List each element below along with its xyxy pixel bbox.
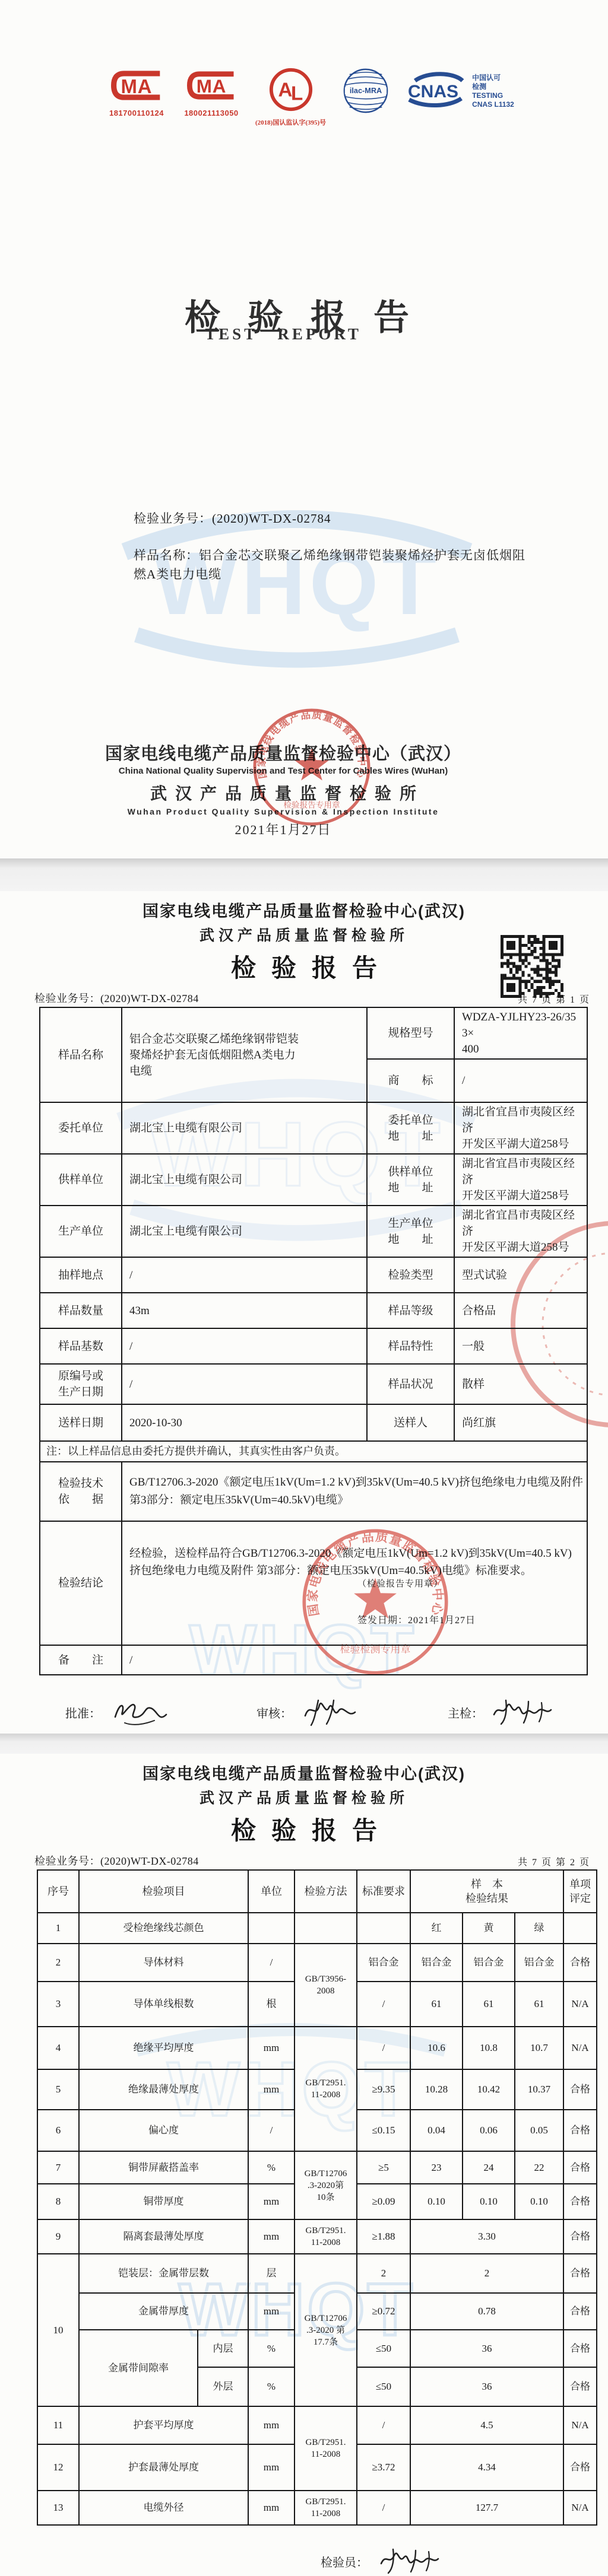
unit-cell: % [248, 2330, 294, 2367]
seq-cell: 4 [37, 2027, 79, 2069]
qr-code [501, 935, 563, 998]
sample-info-table: 样品名称 铝合金芯交联聚乙烯绝缘钢带铠装 聚烯烃护套无卤低烟阻燃A类电力 电缆 … [39, 1007, 588, 1675]
signature-row: 批准： 审核： 主检： [65, 1697, 555, 1728]
inspector-sign: 检验员： [321, 2546, 608, 2576]
unit-cell: mm [248, 2293, 294, 2330]
row-label: 原编号或 生产日期 [40, 1364, 122, 1404]
row-label: 样品特性 [367, 1328, 454, 1364]
method-cell: GB/T2951. 11-2008 [294, 2219, 357, 2254]
sample-name-line: 样品名称：铝合金芯交联聚乙烯绝缘钢带铠装聚烯烃护套无卤低烟阻燃A类电力电缆 [134, 546, 530, 584]
official-round-stamp: 国家电线电缆产品质量监督检验中心（武汉） 检验报告专用章 [252, 707, 372, 827]
req-cell: / [357, 2406, 410, 2444]
row-label: 样品数量 [40, 1293, 122, 1328]
certification-logos: MA 181700110124 MA 180021113050 AL (2018… [106, 66, 533, 127]
verdict-cell: N/A [563, 1982, 597, 2027]
row-label: 样品状况 [367, 1364, 454, 1404]
req-cell: ≥0.72 [357, 2293, 410, 2330]
manufacturer-cell: 湖北宝上电缆有限公司 [122, 1206, 367, 1257]
review-sign: 审核： [256, 1697, 363, 1728]
inspector-signature [376, 2546, 442, 2576]
sample-grade-cell: 合格品 [454, 1293, 587, 1328]
test-results-table: 序号 检验项目 单位 检验方法 标准要求 样 本 检验结果 单项 评定 1受检绝… [37, 1869, 597, 2526]
req-cell: ≤50 [357, 2330, 410, 2367]
sample-condition-cell: 散样 [454, 1364, 587, 1404]
req-cell: / [357, 2027, 410, 2069]
method-cell: GB/T2951. 11-2008 [294, 2027, 357, 2151]
unit-cell: mm [248, 2444, 294, 2491]
business-number-row: 检验业务号：(2020)WT-DX-02784 共 7 页 第 1 页 [34, 990, 608, 1004]
sender-cell: 尚红旗 [454, 1404, 587, 1441]
item-cell: 绝缘平均厚度 [79, 2027, 248, 2069]
scanned-test-report: MA 181700110124 MA 180021113050 AL (2018… [0, 0, 608, 2576]
unit-cell: % [248, 2151, 294, 2184]
verdict-cell: 合格 [563, 1944, 597, 1982]
business-number-label: 检验业务号： [34, 993, 100, 1004]
req-cell: ≥1.88 [357, 2219, 410, 2254]
page-1-cover: MA 181700110124 MA 180021113050 AL (2018… [0, 0, 608, 858]
unit-cell: / [248, 1944, 294, 1982]
item-cell: 护套平均厚度 [79, 2406, 248, 2444]
seq-cell: 12 [37, 2444, 79, 2491]
spec-model-cell: WDZA-YJLHY23-26/35 3× 400 [454, 1007, 587, 1059]
cma-icon: MA [183, 66, 240, 107]
method-cell: GB/T3956- 2008 [294, 1944, 357, 2027]
result-cell: 0.78 [410, 2293, 563, 2330]
unit-cell: mm [248, 2406, 294, 2444]
column-header: 序号 [37, 1870, 79, 1913]
item-cell: 金属带间隙率 [79, 2330, 198, 2406]
req-cell: 铝合金 [357, 1944, 410, 1982]
report-title: 检验报告 [0, 1811, 608, 1847]
column-header: 样 本 检验结果 [410, 1870, 563, 1913]
business-number-label: 检验业务号： [34, 1855, 100, 1867]
send-date-cell: 2020-10-30 [122, 1404, 367, 1441]
note-row: 注：以上样品信息由委托方提供并确认，其真实性由客户负责。 [40, 1441, 587, 1462]
cnas-caption-line: CNAS L1132 [472, 100, 514, 109]
supplier-cell: 湖北宝上电缆有限公司 [122, 1154, 367, 1206]
item-sub-cell: 外层 [198, 2367, 248, 2406]
seq-cell: 10 [37, 2254, 79, 2406]
item-cell: 铠装层：金属带层数 [79, 2254, 248, 2293]
row-label: 检验技术 依 据 [40, 1462, 122, 1521]
row-label: 生产单位 地 址 [367, 1206, 454, 1257]
result-cell: 127.7 [410, 2491, 563, 2525]
item-cell: 电缆外径 [79, 2491, 248, 2525]
seq-cell: 9 [37, 2219, 79, 2254]
result-cell: 10.8 [463, 2027, 515, 2069]
cma-icon: MA [106, 66, 167, 107]
verdict-cell: 合格 [563, 2151, 597, 2184]
result-row: 1受检绝缘线芯颜色红黄绿 [37, 1913, 597, 1944]
page-number: 共 7 页 第 2 页 [518, 1855, 590, 1868]
row-label: 检验结论 [40, 1521, 122, 1645]
seq-cell: 3 [37, 1982, 79, 2027]
result-row: 13电缆外径mmGB/T2951. 11-2008/127.7N/A [37, 2491, 597, 2525]
original-number-cell: / [122, 1364, 367, 1404]
approve-signature [107, 1697, 172, 1728]
result-cell: 红 [410, 1913, 463, 1944]
result-cell: 铝合金 [463, 1944, 515, 1982]
row-label: 送样人 [367, 1404, 454, 1441]
business-number-value: (2020)WT-DX-02784 [212, 511, 331, 526]
consigner-address-cell: 湖北省宜昌市夷陵区经济 开发区平湖大道258号 [454, 1102, 587, 1154]
row-label: 商 标 [367, 1059, 454, 1102]
item-cell: 金属带厚度 [79, 2293, 248, 2330]
unit-cell: 根 [248, 1982, 294, 2027]
row-label: 抽样地点 [40, 1257, 122, 1293]
column-header: 单位 [248, 1870, 294, 1913]
column-header: 标准要求 [357, 1870, 410, 1913]
result-cell: 10.28 [410, 2069, 463, 2110]
result-cell: 36 [410, 2330, 563, 2367]
page-2-summary: WHQT WHQT 国家电线电缆产品质量监督检验中心(武汉) 武汉产品质量监督检… [0, 891, 608, 1734]
seq-cell: 5 [37, 2069, 79, 2110]
business-number-value: (2020)WT-DX-02784 [100, 993, 199, 1004]
cma2-number: 180021113050 [184, 109, 238, 117]
item-cell: 绝缘最薄处厚度 [79, 2069, 248, 2110]
sample-name-cell: 铝合金芯交联聚乙烯绝缘钢带铠装 聚烯烃护套无卤低烟阻燃A类电力 电缆 [122, 1007, 367, 1102]
cma-logo-1: MA 181700110124 [106, 66, 167, 117]
chief-sign: 主检： [448, 1697, 555, 1728]
unit-cell: mm [248, 2219, 294, 2254]
verdict-cell: 合格 [563, 2293, 597, 2330]
req-cell: / [357, 1982, 410, 2027]
unit-cell: % [248, 2367, 294, 2406]
item-cell: 隔离套最薄处厚度 [79, 2219, 248, 2254]
page-separator [0, 1734, 608, 1754]
row-label: 样品等级 [367, 1293, 454, 1328]
verdict-cell [563, 1913, 597, 1944]
result-cell: 10.42 [463, 2069, 515, 2110]
sampling-place-cell: / [122, 1257, 367, 1293]
cnas-caption: 中国认可 检测 TESTING CNAS L1132 [472, 74, 514, 109]
seq-cell: 8 [37, 2184, 79, 2219]
org-header-line1: 国家电线电缆产品质量监督检验中心(武汉) [0, 1754, 608, 1784]
row-label: 供样单位 [40, 1154, 122, 1206]
business-number-label: 检验业务号： [134, 511, 212, 526]
unit-cell: 层 [248, 2254, 294, 2293]
chief-signature [489, 1697, 555, 1728]
row-label: 委托单位 [40, 1102, 122, 1154]
result-cell: 0.10 [410, 2184, 463, 2219]
column-header: 单项 评定 [563, 1870, 597, 1913]
item-cell: 护套最薄处厚度 [79, 2444, 248, 2491]
verdict-cell: N/A [563, 2027, 597, 2069]
result-cell: 铝合金 [410, 1944, 463, 1982]
result-cell: 黄 [463, 1913, 515, 1944]
result-cell: 36 [410, 2367, 563, 2406]
result-row: 11护套平均厚度mmGB/T2951. 11-2008/4.5N/A [37, 2406, 597, 2444]
result-row: 9隔离套最薄处厚度mmGB/T2951. 11-2008≥1.883.30合格 [37, 2219, 597, 2254]
seq-cell: 7 [37, 2151, 79, 2184]
svg-text:检验检测专用章: 检验检测专用章 [340, 1643, 411, 1655]
cnas-caption-line: TESTING [472, 91, 503, 100]
seq-cell: 2 [37, 1944, 79, 1982]
item-cell: 偏心度 [79, 2110, 248, 2151]
sample-base-cell: / [122, 1328, 367, 1364]
svg-text:检验报告专用章: 检验报告专用章 [283, 800, 340, 810]
req-cell: / [357, 2491, 410, 2525]
svg-text:A: A [278, 79, 292, 101]
method-cell: GB/T12706 .3-2020第 10条 [294, 2151, 357, 2219]
review-label: 审核： [256, 1704, 292, 1721]
req-cell: ≤0.15 [357, 2110, 410, 2151]
unit-cell [248, 1913, 294, 1944]
result-cell: 24 [463, 2151, 515, 2184]
row-label: 生产单位 [40, 1206, 122, 1257]
svg-text:ilac-MRA: ilac-MRA [350, 87, 382, 95]
business-number-line: 检验业务号：(2020)WT-DX-02784 [134, 509, 331, 527]
seq-cell: 11 [37, 2406, 79, 2444]
result-row: 4绝缘平均厚度mmGB/T2951. 11-2008/10.610.810.7N… [37, 2027, 597, 2069]
unit-cell: mm [248, 2027, 294, 2069]
row-label: 检验类型 [367, 1257, 454, 1293]
req-cell: ≥5 [357, 2151, 410, 2184]
method-cell [294, 1913, 357, 1944]
row-label: 样品基数 [40, 1328, 122, 1364]
req-cell: 2 [357, 2254, 410, 2293]
consigner-cell: 湖北宝上电缆有限公司 [122, 1102, 367, 1154]
row-label: 供样单位 地 址 [367, 1154, 454, 1206]
column-header: 检验方法 [294, 1870, 357, 1913]
item-cell: 铜带厚度 [79, 2184, 248, 2219]
cnas-icon: CNAS [406, 71, 467, 111]
business-number-row: 检验业务号：(2020)WT-DX-02784 共 7 页 第 2 页 [34, 1853, 608, 1867]
sample-property-cell: 一般 [454, 1328, 587, 1364]
chief-label: 主检： [448, 1704, 483, 1721]
result-cell: 0.05 [515, 2110, 563, 2151]
result-cell: 3.30 [410, 2219, 563, 2254]
item-cell: 铜带屏蔽搭盖率 [79, 2151, 248, 2184]
seq-cell: 6 [37, 2110, 79, 2151]
page-separator [0, 858, 608, 891]
req-cell: ≤50 [357, 2367, 410, 2406]
method-cell: GB/T2951. 11-2008 [294, 2406, 357, 2491]
result-cell: 0.10 [463, 2184, 515, 2219]
cma1-number: 181700110124 [109, 109, 164, 117]
page-number: 共 7 页 第 1 页 [518, 992, 590, 1006]
report-title-en: TEST REPORT [0, 325, 566, 344]
svg-text:MA: MA [197, 76, 227, 97]
result-cell: 61 [515, 1982, 563, 2027]
cnas-logo: CNAS 中国认可 检测 TESTING CNAS L1132 [406, 71, 514, 111]
inspector-label: 检验员： [321, 2553, 368, 2570]
approve-sign: 批准： [65, 1697, 172, 1728]
verdict-cell: N/A [563, 2491, 597, 2525]
verdict-cell: 合格 [563, 2069, 597, 2110]
page-3-results: WHQT WHQT 国家电线电缆产品质量监督检验中心(武汉) 武汉产品质量监督检… [0, 1754, 608, 2576]
result-cell: 61 [410, 1982, 463, 2027]
result-cell: 10.7 [515, 2027, 563, 2069]
result-cell: 绿 [515, 1913, 563, 1944]
method-cell: GB/T12706 .3-2020 第 17.7条 [294, 2254, 357, 2406]
item-cell: 受检绝缘线芯颜色 [79, 1913, 248, 1944]
result-cell: 4.5 [410, 2406, 563, 2444]
test-type-cell: 型式试验 [454, 1257, 587, 1293]
svg-text:L: L [291, 83, 303, 105]
result-cell: 0.04 [410, 2110, 463, 2151]
result-cell: 61 [463, 1982, 515, 2027]
org-header-line1: 国家电线电缆产品质量监督检验中心(武汉) [0, 891, 608, 921]
result-cell: 0.10 [515, 2184, 563, 2219]
result-cell: 10.37 [515, 2069, 563, 2110]
cnas-caption-line: 中国认可 [472, 74, 501, 82]
verdict-cell: 合格 [563, 2367, 597, 2406]
verdict-cell: 合格 [563, 2444, 597, 2491]
verdict-cell: N/A [563, 2406, 597, 2444]
row-label: 送样日期 [40, 1404, 122, 1441]
unit-cell: / [248, 2110, 294, 2151]
ilac-mra-icon: ilac-MRA [341, 66, 390, 118]
cal-icon: AL [268, 66, 314, 116]
cnas-caption-line: 检测 [472, 82, 486, 91]
unit-cell: mm [248, 2069, 294, 2110]
cal-caption: (2018)国认监认字(395)号 [255, 117, 326, 127]
row-label: 备 注 [40, 1645, 122, 1675]
verdict-cell: 合格 [563, 2254, 597, 2293]
result-cell: 2 [410, 2254, 563, 2293]
result-cell: 铝合金 [515, 1944, 563, 1982]
conclusion-cell: 经检验，送检样品符合GB/T12706.3-2020《额定电压1kV(Um=1.… [122, 1521, 587, 1645]
cal-logo: AL (2018)国认监认字(395)号 [255, 66, 326, 127]
sample-quantity-cell: 43m [122, 1293, 367, 1328]
supplier-address-cell: 湖北省宜昌市夷陵区经济 开发区平湖大道258号 [454, 1154, 587, 1206]
approve-label: 批准： [65, 1704, 101, 1721]
unit-cell: mm [248, 2184, 294, 2219]
req-cell: ≥0.09 [357, 2184, 410, 2219]
result-row: 2导体材料/GB/T3956- 2008铝合金铝合金铝合金铝合金合格 [37, 1944, 597, 1982]
result-cell: 10.6 [410, 2027, 463, 2069]
req-cell: ≥3.72 [357, 2444, 410, 2491]
verdict-cell: 合格 [563, 2184, 597, 2219]
org-header-line2: 武汉产品质量监督检验所 [0, 1786, 608, 1808]
cma-logo-2: MA 180021113050 [183, 66, 240, 117]
brand-cell: / [454, 1059, 587, 1102]
req-cell [357, 1913, 410, 1944]
results-header-row: 序号 检验项目 单位 检验方法 标准要求 样 本 检验结果 单项 评定 [37, 1870, 597, 1913]
verdict-cell: 合格 [563, 2110, 597, 2151]
method-cell: GB/T2951. 11-2008 [294, 2491, 357, 2525]
row-label: 委托单位 地 址 [367, 1102, 454, 1154]
ilac-mra-logo: ilac-MRA [341, 66, 390, 118]
result-cell: 0.06 [463, 2110, 515, 2151]
row-label: 规格型号 [367, 1007, 454, 1059]
result-cell: 23 [410, 2151, 463, 2184]
manufacturer-address-cell: 湖北省宜昌市夷陵区经济 开发区平湖大道258号 [454, 1206, 587, 1257]
item-cell: 导体单线根数 [79, 1982, 248, 2027]
business-number-value: (2020)WT-DX-02784 [100, 1855, 199, 1867]
result-cell: 22 [515, 2151, 563, 2184]
row-label: 样品名称 [40, 1007, 122, 1102]
svg-text:MA: MA [121, 75, 152, 97]
svg-text:CNAS: CNAS [408, 82, 458, 101]
sample-name-label: 样品名称： [134, 548, 199, 562]
result-cell: 4.34 [410, 2444, 563, 2491]
column-header: 检验项目 [79, 1870, 248, 1913]
official-round-stamp: 国家电线电缆产品质量监督检验中心（武汉） 检验检测专用章 [300, 1511, 450, 1661]
result-row: 7铜带屏蔽搭盖率%GB/T12706 .3-2020第 10条≥5232422合… [37, 2151, 597, 2184]
seq-cell: 13 [37, 2491, 79, 2525]
verdict-cell: 合格 [563, 2219, 597, 2254]
verdict-cell: 合格 [563, 2330, 597, 2367]
result-row: 10铠装层：金属带层数层GB/T12706 .3-2020 第 17.7条22合… [37, 2254, 597, 2293]
review-signature [298, 1697, 363, 1728]
item-sub-cell: 内层 [198, 2330, 248, 2367]
seq-cell: 1 [37, 1913, 79, 1944]
item-cell: 导体材料 [79, 1944, 248, 1982]
unit-cell: mm [248, 2491, 294, 2525]
req-cell: ≥9.35 [357, 2069, 410, 2110]
